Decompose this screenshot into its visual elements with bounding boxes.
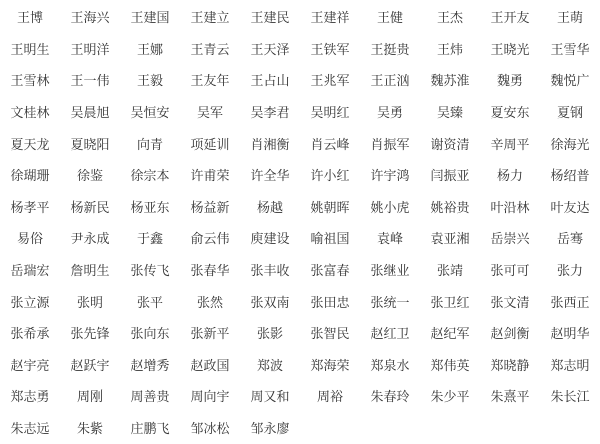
person-name: 王正汹 [360,70,420,89]
name-list-page: 王博王海兴王建国王建立王建民王建祥王健王杰王开友王萌王明生王明洋王娜王青云王天泽… [0,0,600,444]
person-name: 朱熹平 [480,386,540,405]
person-name: 周善贵 [120,386,180,405]
person-name: 夏钢 [540,102,600,121]
person-name: 张智民 [300,323,360,342]
person-name: 叶友达 [540,197,600,216]
person-name: 张传飞 [120,260,180,279]
person-name: 岳瑞宏 [0,260,60,279]
person-name: 王友年 [180,70,240,89]
person-name: 张平 [120,292,180,311]
person-name: 王天泽 [240,39,300,58]
person-name: 周向宇 [180,386,240,405]
person-name: 向青 [120,134,180,153]
name-row: 徐瑚珊徐鉴徐宗本许甫荣许全华许小红许宇鸿闫振亚杨力杨绍普 [0,159,600,191]
person-name: 魏悦广 [540,70,600,89]
person-name: 郑波 [240,355,300,374]
person-name: 尹永成 [60,228,120,247]
person-name: 郑晓静 [480,355,540,374]
person-name: 吴明红 [300,102,360,121]
person-name: 郑泉水 [360,355,420,374]
person-name: 张明 [60,292,120,311]
person-name: 张立源 [0,292,60,311]
person-name: 文桂林 [0,102,60,121]
name-grid: 王博王海兴王建国王建立王建民王建祥王健王杰王开友王萌王明生王明洋王娜王青云王天泽… [0,0,600,443]
person-name: 杨力 [480,165,540,184]
name-row: 朱志远朱紫庄鹏飞邹冰松邹永廖 [0,412,600,444]
person-name: 杨亚东 [120,197,180,216]
person-name: 吴臻 [420,102,480,121]
person-name: 项延训 [180,134,240,153]
person-name: 王萌 [540,7,600,26]
person-name: 王建立 [180,7,240,26]
person-name: 张希承 [0,323,60,342]
person-name: 张然 [180,292,240,311]
person-name: 赵跃宇 [60,355,120,374]
person-name: 周刚 [60,386,120,405]
person-name: 王毅 [120,70,180,89]
person-name: 王铁军 [300,39,360,58]
person-name: 王一伟 [60,70,120,89]
person-name: 赵政国 [180,355,240,374]
person-name: 张西正 [540,292,600,311]
person-name: 许小红 [300,165,360,184]
person-name: 郑志勇 [0,386,60,405]
person-name: 岳骞 [540,228,600,247]
person-name: 周裕 [300,386,360,405]
person-name: 张卫红 [420,292,480,311]
person-name: 许甫荣 [180,165,240,184]
person-name: 张丰收 [240,260,300,279]
person-name: 王开友 [480,7,540,26]
person-name: 徐海光 [540,134,600,153]
person-name: 肖湘衡 [240,134,300,153]
person-name: 杨新民 [60,197,120,216]
person-name: 姚小虎 [360,197,420,216]
person-name: 朱志远 [0,418,60,437]
person-name: 王健 [360,7,420,26]
person-name: 喻祖国 [300,228,360,247]
person-name: 谢资清 [420,134,480,153]
person-name: 叶沿林 [480,197,540,216]
name-row: 易俗尹永成于鑫俞云伟庾建设喻祖国袁峰袁亚湘岳崇兴岳骞 [0,222,600,254]
person-name: 王海兴 [60,7,120,26]
person-name: 张田忠 [300,292,360,311]
person-name: 王娜 [120,39,180,58]
person-name: 姚朝晖 [300,197,360,216]
person-name: 夏晓阳 [60,134,120,153]
person-name: 肖振军 [360,134,420,153]
person-name: 杨绍普 [540,165,600,184]
person-name: 杨越 [240,197,300,216]
name-row: 岳瑞宏詹明生张传飞张春华张丰收张富春张继业张靖张可可张力 [0,254,600,286]
person-name: 辛周平 [480,134,540,153]
person-name: 王雪林 [0,70,60,89]
person-name: 王兆军 [300,70,360,89]
person-name: 徐宗本 [120,165,180,184]
person-name: 张力 [540,260,600,279]
person-name: 张统一 [360,292,420,311]
person-name: 赵纪军 [420,323,480,342]
person-name: 朱春玲 [360,386,420,405]
person-name: 杨益新 [180,197,240,216]
person-name: 赵宇亮 [0,355,60,374]
person-name: 许全华 [240,165,300,184]
person-name: 郑志明 [540,355,600,374]
person-name: 袁亚湘 [420,228,480,247]
person-name: 朱紫 [60,418,120,437]
person-name: 郑伟英 [420,355,480,374]
person-name: 王炜 [420,39,480,58]
person-name: 许宇鸿 [360,165,420,184]
person-name: 王挺贵 [360,39,420,58]
person-name: 徐鉴 [60,165,120,184]
person-name: 张继业 [360,260,420,279]
person-name: 庄鹏飞 [120,418,180,437]
person-name: 易俗 [0,228,60,247]
person-name: 魏苏淮 [420,70,480,89]
person-name: 朱少平 [420,386,480,405]
person-name: 姚裕贵 [420,197,480,216]
person-name: 周又和 [240,386,300,405]
person-name: 王占山 [240,70,300,89]
person-name: 王建国 [120,7,180,26]
person-name: 邹永廖 [240,418,300,437]
name-row: 张立源张明张平张然张双南张田忠张统一张卫红张文清张西正 [0,285,600,317]
person-name: 朱长江 [540,386,600,405]
person-name: 吴晨旭 [60,102,120,121]
name-row: 夏天龙夏晓阳向青项延训肖湘衡肖云峰肖振军谢资清辛周平徐海光 [0,127,600,159]
person-name: 王建祥 [300,7,360,26]
person-name: 于鑫 [120,228,180,247]
person-name: 吴李君 [240,102,300,121]
person-name: 张可可 [480,260,540,279]
person-name: 魏勇 [480,70,540,89]
person-name: 岳崇兴 [480,228,540,247]
person-name: 庾建设 [240,228,300,247]
name-row: 张希承张先锋张向东张新平张影张智民赵红卫赵纪军赵剑衡赵明华 [0,317,600,349]
person-name: 王雪华 [540,39,600,58]
person-name: 赵剑衡 [480,323,540,342]
person-name: 夏安东 [480,102,540,121]
person-name: 张新平 [180,323,240,342]
person-name: 邹冰松 [180,418,240,437]
person-name: 张双南 [240,292,300,311]
person-name: 张向东 [120,323,180,342]
person-name: 王明生 [0,39,60,58]
person-name: 杨孝平 [0,197,60,216]
person-name: 闫振亚 [420,165,480,184]
person-name: 赵明华 [540,323,600,342]
person-name: 詹明生 [60,260,120,279]
person-name: 郑海荣 [300,355,360,374]
name-row: 郑志勇周刚周善贵周向宇周又和周裕朱春玲朱少平朱熹平朱长江 [0,380,600,412]
person-name: 王晓光 [480,39,540,58]
person-name: 吴勇 [360,102,420,121]
person-name: 张文清 [480,292,540,311]
person-name: 夏天龙 [0,134,60,153]
person-name: 王杰 [420,7,480,26]
person-name: 王明洋 [60,39,120,58]
person-name: 王青云 [180,39,240,58]
name-row: 文桂林吴晨旭吴恒安吴军吴李君吴明红吴勇吴臻夏安东夏钢 [0,96,600,128]
person-name: 袁峰 [360,228,420,247]
person-name: 赵增秀 [120,355,180,374]
person-name: 俞云伟 [180,228,240,247]
person-name: 张影 [240,323,300,342]
name-row: 王明生王明洋王娜王青云王天泽王铁军王挺贵王炜王晓光王雪华 [0,33,600,65]
person-name: 肖云峰 [300,134,360,153]
person-name: 吴军 [180,102,240,121]
name-row: 王雪林王一伟王毅王友年王占山王兆军王正汹魏苏淮魏勇魏悦广 [0,64,600,96]
person-name: 赵红卫 [360,323,420,342]
person-name: 张靖 [420,260,480,279]
name-row: 杨孝平杨新民杨亚东杨益新杨越姚朝晖姚小虎姚裕贵叶沿林叶友达 [0,191,600,223]
person-name: 张春华 [180,260,240,279]
person-name: 吴恒安 [120,102,180,121]
name-row: 赵宇亮赵跃宇赵增秀赵政国郑波郑海荣郑泉水郑伟英郑晓静郑志明 [0,349,600,381]
name-row: 王博王海兴王建国王建立王建民王建祥王健王杰王开友王萌 [0,1,600,33]
person-name: 王博 [0,7,60,26]
person-name: 张先锋 [60,323,120,342]
person-name: 徐瑚珊 [0,165,60,184]
person-name: 张富春 [300,260,360,279]
person-name: 王建民 [240,7,300,26]
